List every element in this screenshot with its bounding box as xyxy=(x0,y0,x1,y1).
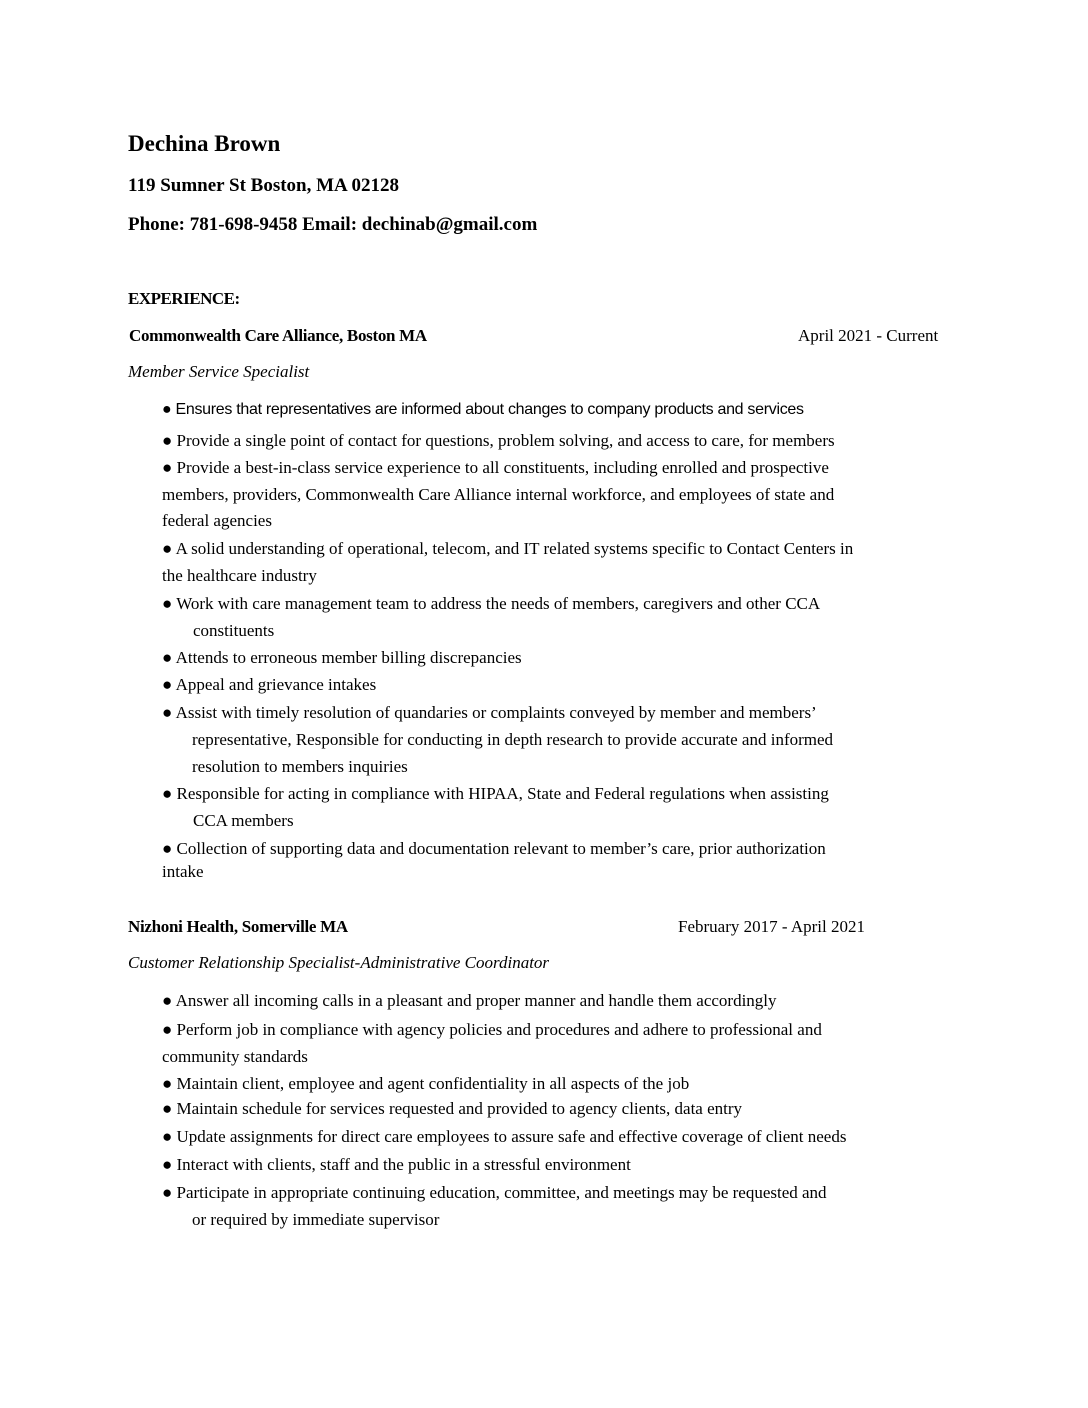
job-organization: Nizhoni Health, Somerville MA xyxy=(128,918,348,935)
bullet-line: ● Maintain schedule for services request… xyxy=(162,1100,742,1117)
bullet-line: community standards xyxy=(162,1048,308,1065)
bullet-line: ● Participate in appropriate continuing … xyxy=(162,1184,827,1201)
bullet-line: ● Responsible for acting in compliance w… xyxy=(162,785,829,802)
bullet-line: ● Ensures that representatives are infor… xyxy=(162,402,804,418)
bullet-line: ● Update assignments for direct care emp… xyxy=(162,1128,846,1145)
job-title: Customer Relationship Specialist-Adminis… xyxy=(128,954,549,971)
job-dates: February 2017 - April 2021 xyxy=(678,918,865,935)
bullet-line: ● Collection of supporting data and docu… xyxy=(162,840,826,857)
bullet-line: ● Assist with timely resolution of quand… xyxy=(162,704,817,721)
bullet-line: or required by immediate supervisor xyxy=(192,1211,439,1228)
address: 119 Sumner St Boston, MA 02128 xyxy=(128,176,399,195)
bullet-line: members, providers, Commonwealth Care Al… xyxy=(162,486,834,503)
bullet-line: ● Maintain client, employee and agent co… xyxy=(162,1075,689,1092)
bullet-line: ● Provide a single point of contact for … xyxy=(162,432,835,449)
bullet-line: ● A solid understanding of operational, … xyxy=(162,540,853,557)
bullet-line: the healthcare industry xyxy=(162,567,317,584)
bullet-line: ● Appeal and grievance intakes xyxy=(162,676,376,693)
job-organization: Commonwealth Care Alliance, Boston MA xyxy=(129,327,427,344)
contact-info: Phone: 781-698-9458 Email: dechinab@gmai… xyxy=(128,215,537,234)
bullet-line: CCA members xyxy=(193,812,294,829)
bullet-line: ● Answer all incoming calls in a pleasan… xyxy=(162,992,777,1009)
job-dates: April 2021 - Current xyxy=(798,327,938,344)
bullet-line: federal agencies xyxy=(162,512,272,529)
candidate-name: Dechina Brown xyxy=(128,132,280,155)
bullet-line: constituents xyxy=(193,622,274,639)
bullet-line: ● Work with care management team to addr… xyxy=(162,595,820,612)
bullet-line: ● Perform job in compliance with agency … xyxy=(162,1021,822,1038)
bullet-line: resolution to members inquiries xyxy=(192,758,408,775)
job-title: Member Service Specialist xyxy=(128,363,309,380)
bullet-line: intake xyxy=(162,863,204,880)
bullet-line: ● Interact with clients, staff and the p… xyxy=(162,1156,631,1173)
bullet-line: ● Attends to erroneous member billing di… xyxy=(162,649,522,666)
bullet-line: ● Provide a best-in-class service experi… xyxy=(162,459,829,476)
bullet-line: representative, Responsible for conducti… xyxy=(192,731,833,748)
section-heading-experience: EXPERIENCE: xyxy=(128,290,240,307)
